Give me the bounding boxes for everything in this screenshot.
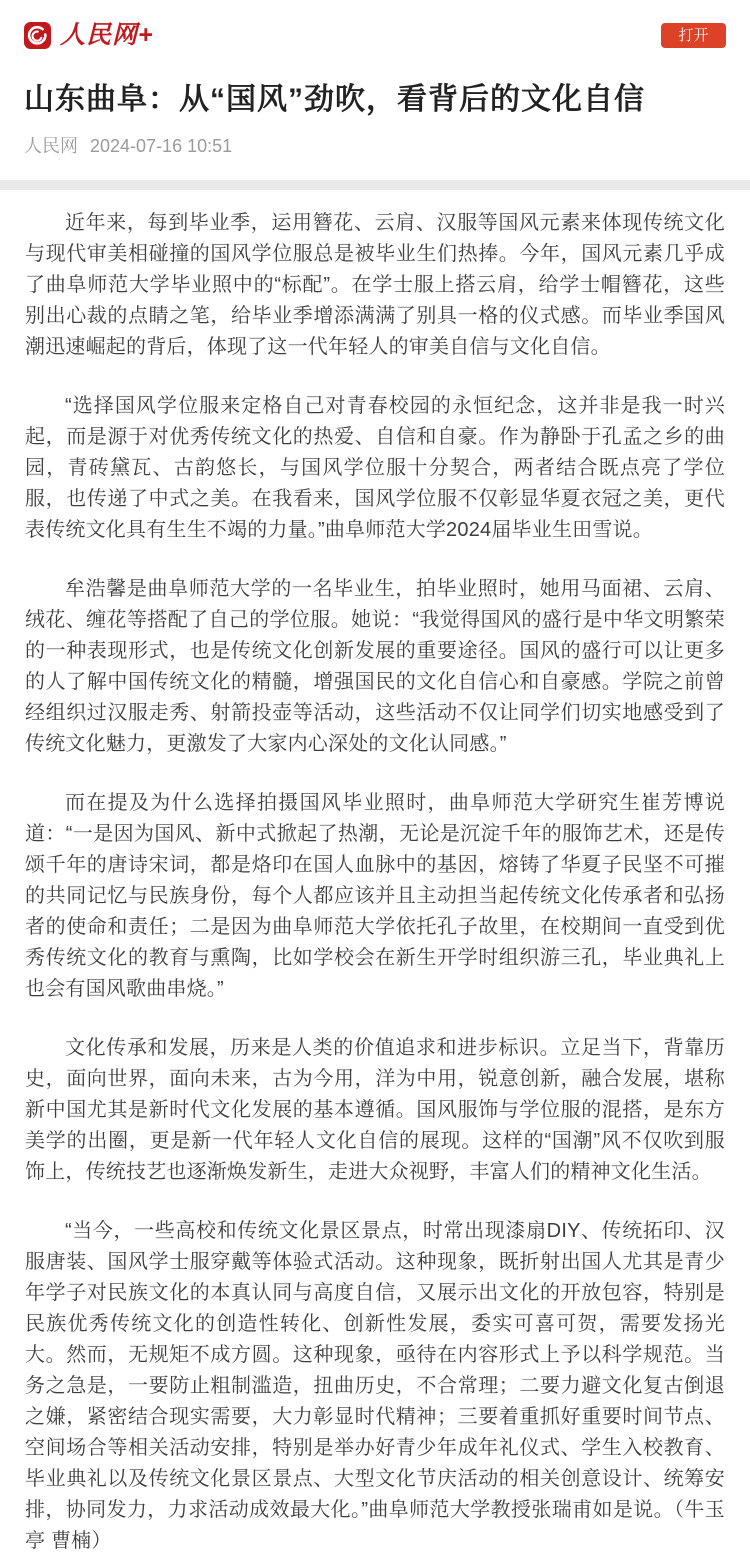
publish-timestamp: 2024-07-16 10:51 [90, 135, 232, 157]
source-name: 人民网 [24, 135, 78, 157]
article-title: 山东曲阜：从“国风”劲吹，看背后的文化自信 [24, 80, 726, 120]
brand-wordmark: 人民网+ [60, 22, 154, 49]
brand-link[interactable]: 人民网+ [24, 22, 154, 49]
people-daily-swirl-icon [24, 22, 51, 49]
paragraph: “选择国风学位服来定格自己对青春校园的永恒纪念，这并非是我一时兴起，而是源于对优… [25, 391, 725, 546]
byline: 人民网 2024-07-16 10:51 [24, 135, 726, 157]
open-app-button[interactable]: 打开 [661, 23, 726, 48]
app-banner: 人民网+ 打开 [0, 0, 750, 49]
section-divider [0, 180, 750, 190]
paragraph: 文化传承和发展，历来是人类的价值追求和进步标识。立足当下，背靠历史，面向世界，面… [25, 1033, 725, 1188]
paragraph: “当今，一些高校和传统文化景区景点，时常出现漆扇DIY、传统拓印、汉服唐装、国风… [25, 1216, 725, 1557]
paragraph: 近年来，每到毕业季，运用簪花、云肩、汉服等国风元素来体现传统文化与现代审美相碰撞… [25, 208, 725, 363]
paragraph: 而在提及为什么选择拍摄国风毕业照时，曲阜师范大学研究生崔芳博说道：“一是因为国风… [25, 788, 725, 1005]
paragraph: 牟浩馨是曲阜师范大学的一名毕业生，拍毕业照时，她用马面裙、云肩、绒花、缠花等搭配… [25, 574, 725, 760]
article-body: 近年来，每到毕业季，运用簪花、云肩、汉服等国风元素来体现传统文化与现代审美相碰撞… [0, 190, 750, 1567]
